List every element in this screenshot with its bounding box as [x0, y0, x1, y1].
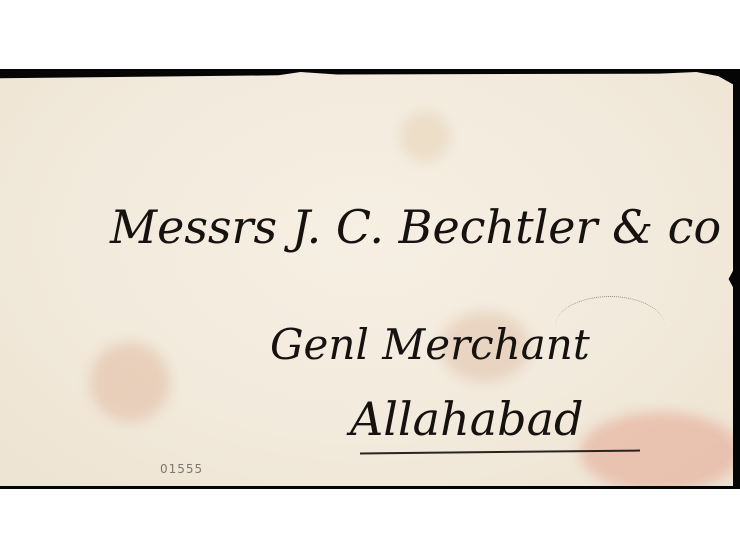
stain	[580, 412, 740, 492]
stain	[90, 342, 170, 422]
address-line-3: Allahabad	[350, 392, 583, 446]
pencil-note: 01555	[160, 462, 203, 476]
stain	[400, 112, 450, 162]
address-line-2: Genl Merchant	[270, 320, 590, 369]
address-line-1: Messrs J. C. Bechtler & co	[110, 200, 721, 254]
